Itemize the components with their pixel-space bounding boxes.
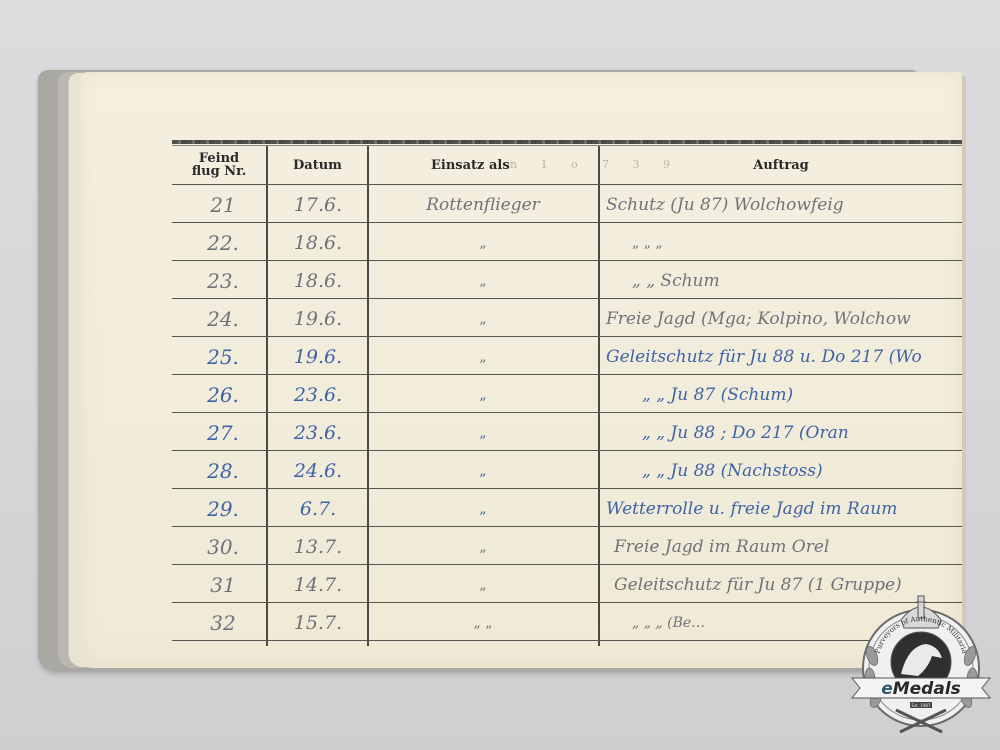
row-rule bbox=[172, 564, 962, 565]
mission-assignment: Freie Jagd (Mga; Kolpino, Wolchow bbox=[602, 300, 966, 337]
header-auftrag: Auftrag bbox=[600, 146, 962, 184]
brand-name: Medals bbox=[893, 679, 961, 699]
flight-number: 28. bbox=[180, 452, 266, 489]
flight-number: 32 bbox=[180, 604, 266, 641]
table-row: 26. 23.6. „ „ „ Ju 87 (Schum) bbox=[172, 376, 962, 413]
mission-assignment: Freie Jagd im Raum Orel bbox=[602, 528, 974, 565]
row-rule bbox=[172, 222, 962, 223]
row-rule bbox=[172, 374, 962, 375]
flight-date: 23.6. bbox=[270, 376, 366, 413]
flight-number: 23. bbox=[180, 262, 266, 299]
table-row: 25. 19.6. „ Geleitschutz für Ju 88 u. Do… bbox=[172, 338, 962, 375]
header-feindflug-nr: Feind flug Nr. bbox=[172, 146, 266, 184]
flight-date: 17.6. bbox=[270, 186, 366, 223]
flight-date: 23.6. bbox=[270, 414, 366, 451]
seal-emblem-icon: Purveyors of Authentic Militaria eMedals… bbox=[846, 586, 996, 736]
table-row: 22. 18.6. „ „ „ „ bbox=[172, 224, 962, 261]
flight-date: 15.7. bbox=[270, 604, 366, 641]
einsatz-role-ditto: „ bbox=[370, 376, 596, 413]
flight-date: 13.7. bbox=[270, 528, 366, 565]
einsatz-role-ditto: „ bbox=[370, 338, 596, 375]
table-row: 28. 24.6. „ „ „ Ju 88 (Nachstoss) bbox=[172, 452, 962, 489]
svg-text:Est. 1987: Est. 1987 bbox=[912, 703, 931, 708]
table-row: 32 15.7. „ „ „ „ „ (Be… bbox=[172, 604, 962, 641]
table-row: 23. 18.6. „ „ „ Schum bbox=[172, 262, 962, 299]
table-top-rule bbox=[172, 140, 962, 144]
einsatz-role-ditto: „ bbox=[370, 528, 596, 565]
einsatz-role-ditto: „ bbox=[370, 224, 596, 261]
flight-date: 19.6. bbox=[270, 300, 366, 337]
row-rule bbox=[172, 602, 962, 603]
mission-assignment: Geleitschutz für Ju 88 u. Do 217 (Wo bbox=[602, 338, 966, 375]
table-row: 29. 6.7. „ Wetterrolle u. freie Jagd im … bbox=[172, 490, 962, 527]
flight-date: 19.6. bbox=[270, 338, 366, 375]
flight-date: 14.7. bbox=[270, 566, 366, 603]
einsatz-role-ditto: „ bbox=[370, 566, 596, 603]
flight-number: 29. bbox=[180, 490, 266, 527]
table-row: 27. 23.6. „ „ „ Ju 88 ; Do 217 (Oran bbox=[172, 414, 962, 451]
mission-assignment: „ „ Ju 88 ; Do 217 (Oran bbox=[602, 414, 1000, 451]
einsatz-role-ditto: „ bbox=[370, 300, 596, 337]
logbook-table: Feind flug Nr. Datum Einsatz als n 1 o 7… bbox=[172, 140, 962, 645]
flight-number: 22. bbox=[180, 224, 266, 261]
einsatz-role-ditto: „ bbox=[370, 490, 596, 527]
flight-date: 18.6. bbox=[270, 224, 366, 261]
row-rule bbox=[172, 298, 962, 299]
mission-assignment: Schutz (Ju 87) Wolchowfeig bbox=[602, 186, 966, 223]
flight-number: 27. bbox=[180, 414, 266, 451]
einsatz-role-ditto: „ „ bbox=[370, 604, 596, 641]
row-rule bbox=[172, 526, 962, 527]
flight-date: 6.7. bbox=[270, 490, 366, 527]
mission-assignment: „ „ Ju 87 (Schum) bbox=[602, 376, 1000, 413]
einsatz-role-ditto: „ bbox=[370, 414, 596, 451]
emedals-watermark-seal: Purveyors of Authentic Militaria eMedals… bbox=[846, 586, 996, 736]
row-rule bbox=[172, 488, 962, 489]
flight-number: 25. bbox=[180, 338, 266, 375]
table-row: 31 14.7. „ Geleitschutz für Ju 87 (1 Gru… bbox=[172, 566, 962, 603]
row-rule bbox=[172, 450, 962, 451]
brand-e: e bbox=[881, 679, 893, 699]
flight-number: 21 bbox=[180, 186, 266, 223]
header-bottom-rule bbox=[172, 184, 962, 185]
row-rule bbox=[172, 640, 962, 641]
row-rule bbox=[172, 260, 962, 261]
einsatz-role: Rottenflieger bbox=[370, 186, 596, 223]
row-rule bbox=[172, 336, 962, 337]
svg-text:eMedals: eMedals bbox=[881, 679, 961, 699]
mission-assignment: „ „ Schum bbox=[602, 262, 992, 299]
flight-date: 24.6. bbox=[270, 452, 366, 489]
mission-assignment: „ „ „ bbox=[602, 224, 992, 261]
table-row: 21 17.6. Rottenflieger Schutz (Ju 87) Wo… bbox=[172, 186, 962, 223]
table-row: 24. 19.6. „ Freie Jagd (Mga; Kolpino, Wo… bbox=[172, 300, 962, 337]
mission-assignment: Wetterrolle u. freie Jagd im Raum bbox=[602, 490, 966, 527]
header-faint-marks: n 1 o bbox=[510, 158, 588, 171]
einsatz-role-ditto: „ bbox=[370, 262, 596, 299]
flight-number: 31 bbox=[180, 566, 266, 603]
flight-number: 26. bbox=[180, 376, 266, 413]
table-row: 30. 13.7. „ Freie Jagd im Raum Orel bbox=[172, 528, 962, 565]
flight-number: 24. bbox=[180, 300, 266, 337]
header-datum: Datum bbox=[268, 146, 367, 184]
flight-number: 30. bbox=[180, 528, 266, 565]
mission-assignment: „ „ Ju 88 (Nachstoss) bbox=[602, 452, 1000, 489]
row-rule bbox=[172, 412, 962, 413]
einsatz-role-ditto: „ bbox=[370, 452, 596, 489]
flight-date: 18.6. bbox=[270, 262, 366, 299]
